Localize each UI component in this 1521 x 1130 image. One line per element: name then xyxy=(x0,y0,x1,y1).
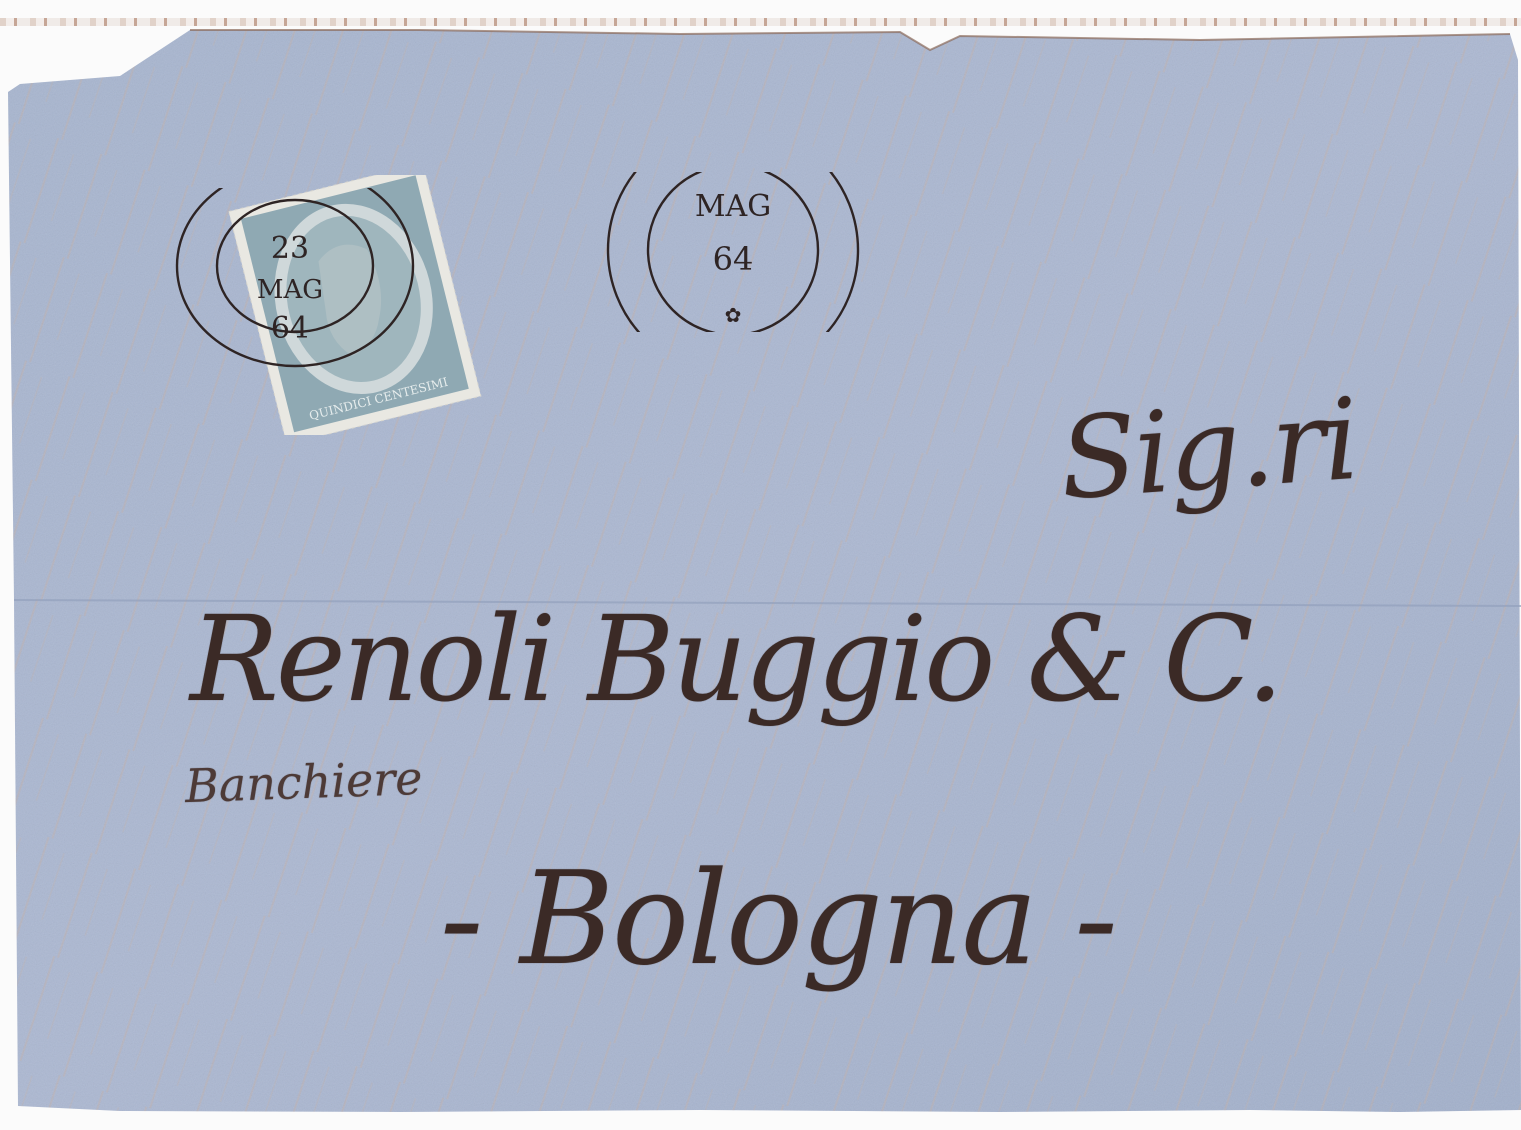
scan-edge xyxy=(0,18,1521,26)
svg-text:MAG: MAG xyxy=(257,275,323,305)
salutation: Sig.ri xyxy=(1056,375,1362,525)
addressee-title: Banchiere xyxy=(184,751,423,813)
svg-text:MAG: MAG xyxy=(695,189,771,224)
postmark-on-stamp: 23 MAG 64 xyxy=(170,188,420,368)
svg-text:64: 64 xyxy=(713,240,754,278)
svg-text:64: 64 xyxy=(271,311,309,346)
postmark-standalone: 23 MAG 64 ✿ xyxy=(605,172,860,332)
addressee-name: Renoli Buggio & C. xyxy=(190,590,1281,728)
svg-text:23: 23 xyxy=(714,172,752,180)
svg-text:✿: ✿ xyxy=(725,303,742,327)
destination-city: - Bologna - xyxy=(440,845,1116,994)
svg-text:23: 23 xyxy=(271,231,309,266)
